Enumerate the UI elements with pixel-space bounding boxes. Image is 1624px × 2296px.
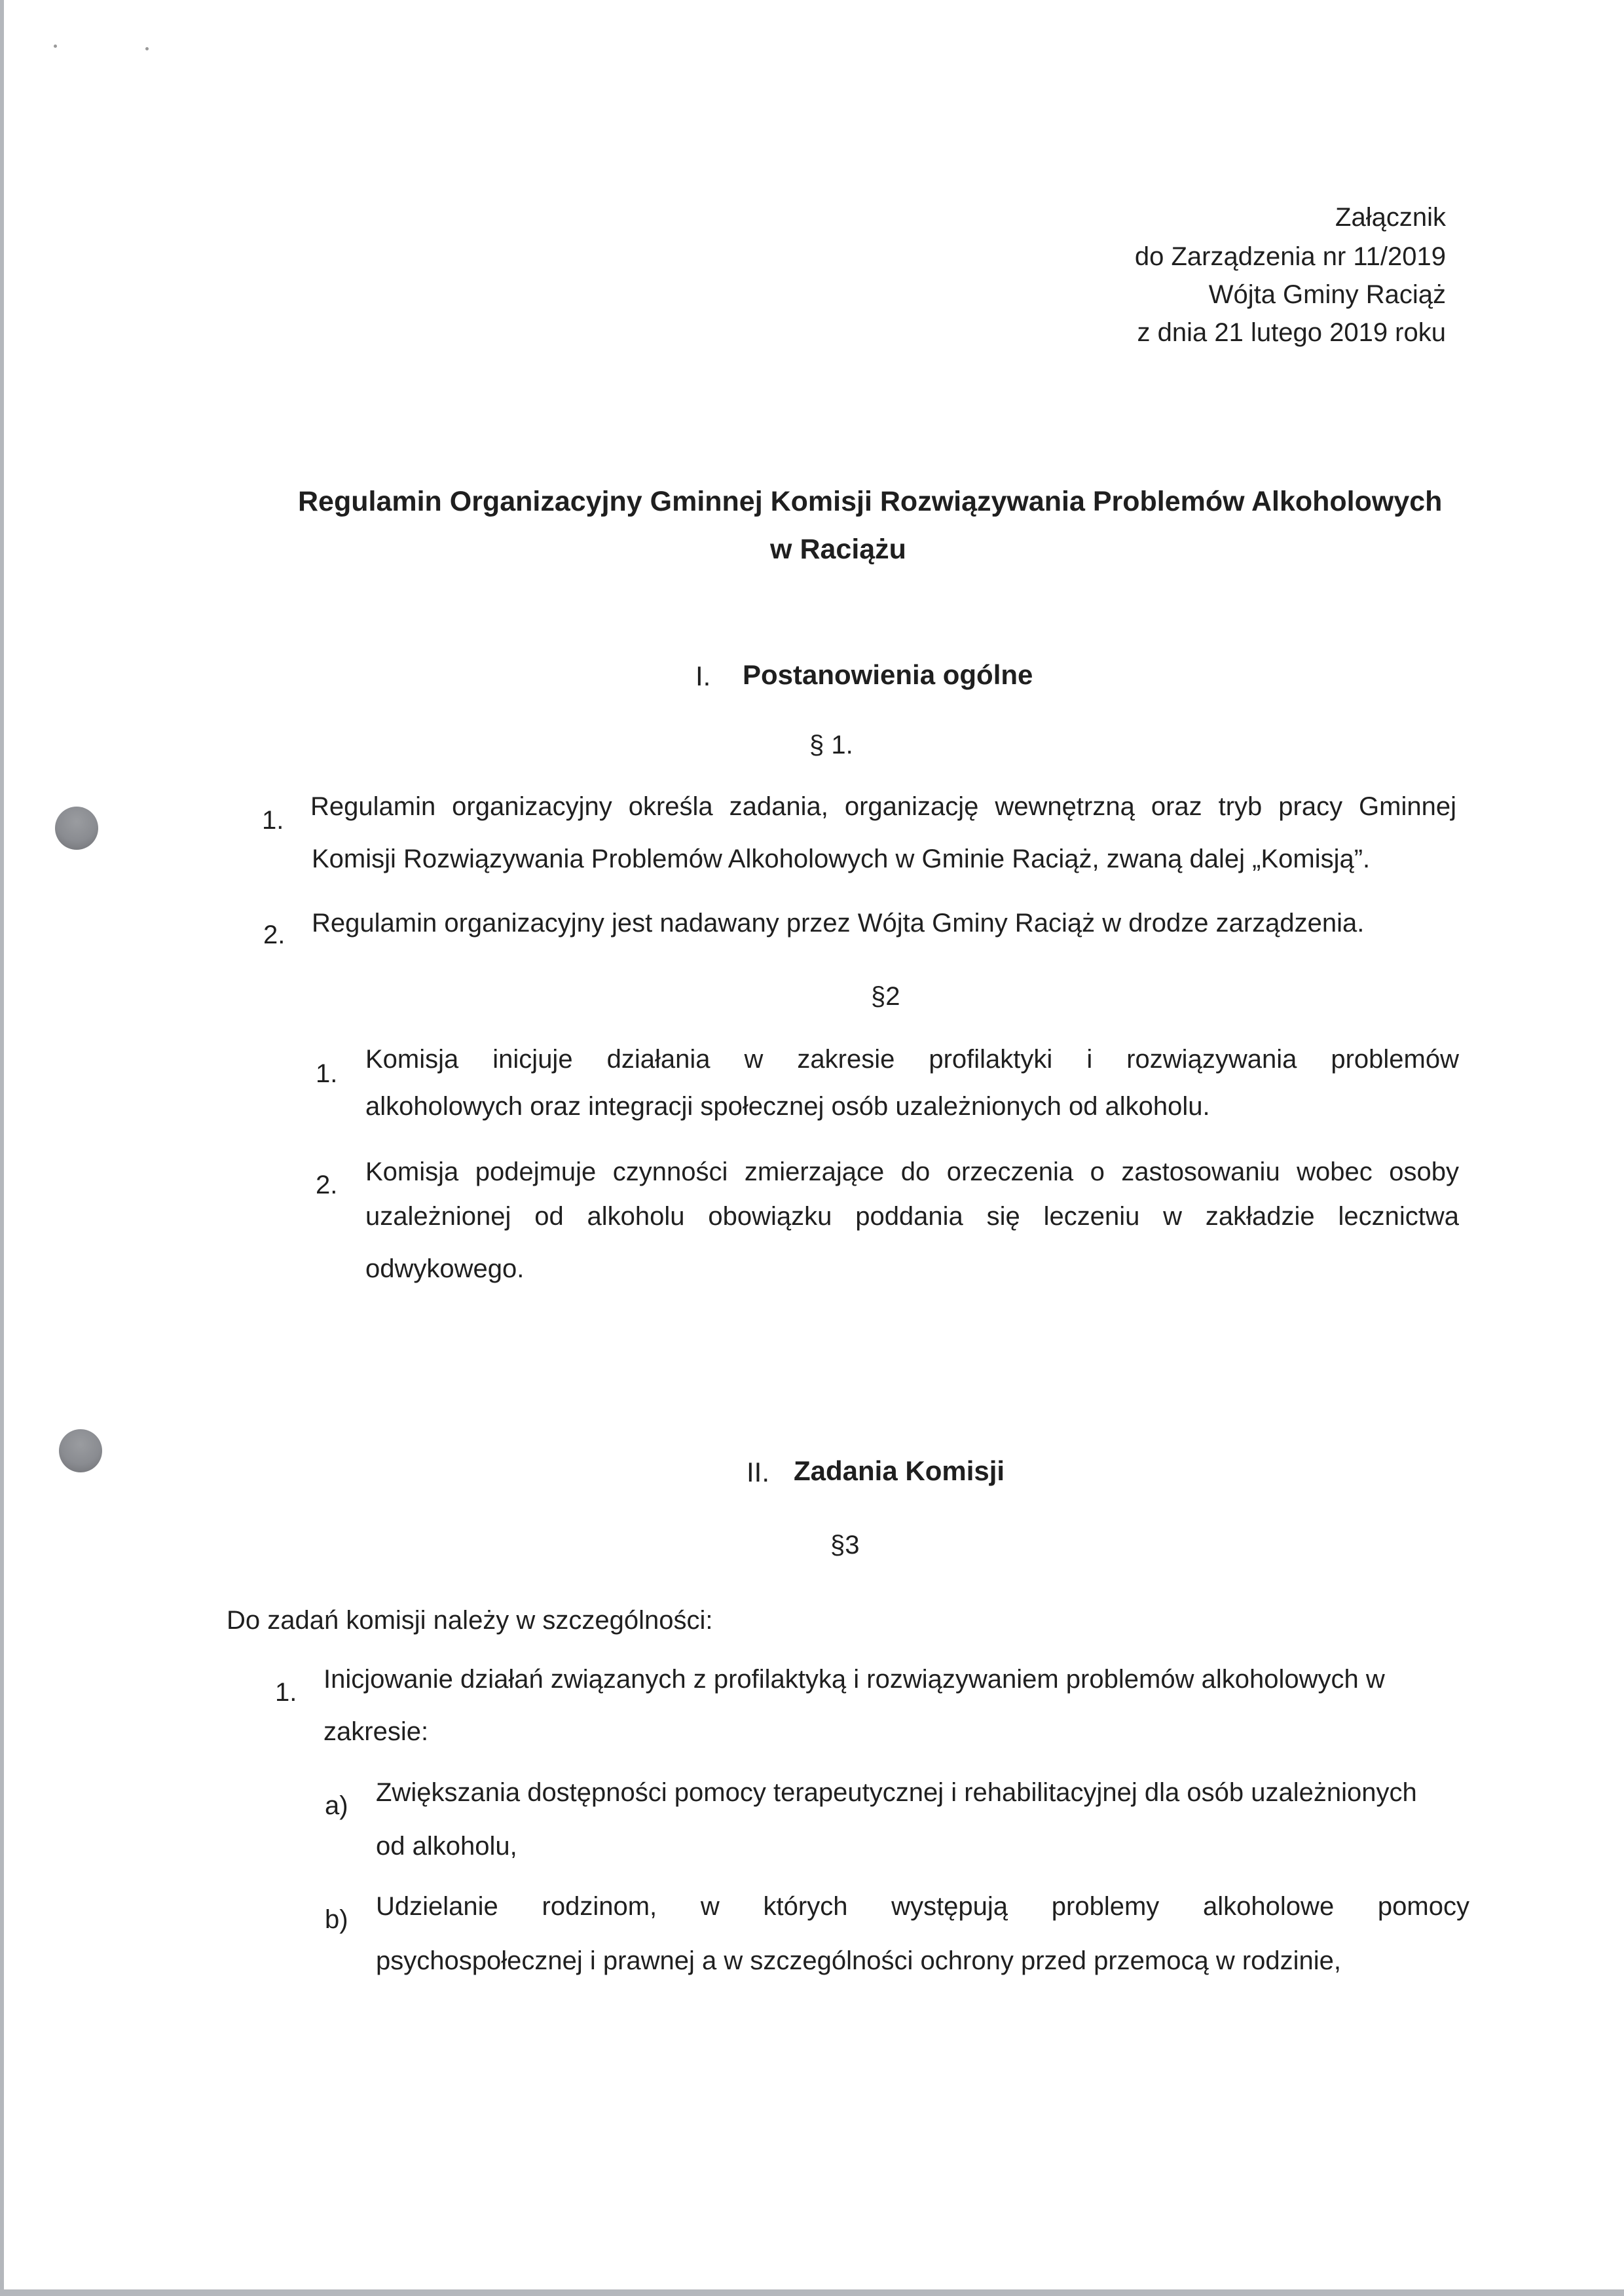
item-text: Udzielanie rodzinom, w których występują… [376,1893,1469,1920]
scan-edge-bottom [0,2289,1624,2296]
item-text: Inicjowanie działań związanych z profila… [323,1666,1385,1692]
section-title: Zadania Komisji [794,1457,1005,1485]
item-letter: b) [325,1906,348,1933]
item-number: 2. [316,1172,337,1198]
section-title: Postanowienia ogólne [743,661,1033,689]
header-note-line: do Zarządzenia nr 11/2019 [1135,244,1446,270]
item-text: Komisja podejmuje czynności zmierzające … [365,1159,1459,1185]
item-text: Komisji Rozwiązywania Problemów Alkoholo… [312,846,1370,872]
punch-hole [55,807,98,850]
item-letter: a) [325,1793,348,1819]
item-text: Regulamin organizacyjny jest nadawany pr… [312,910,1364,936]
punch-hole [59,1429,102,1472]
item-text: uzależnionej od alkoholu obowiązku podda… [365,1203,1459,1230]
item-text: odwykowego. [365,1256,524,1282]
item-number: 1. [316,1061,337,1087]
title-line: w Raciążu [0,536,1624,564]
item-text: Regulamin organizacyjny określa zadania,… [310,793,1456,820]
scan-speck [54,45,57,48]
item-text: Komisja inicjuje działania w zakresie pr… [365,1046,1459,1072]
section-intro: Do zadań komisji należy w szczególności: [227,1607,713,1633]
item-number: 1. [262,807,284,833]
title-line: Regulamin Organizacyjny Gminnej Komisji … [298,488,1442,516]
paragraph-symbol: §3 [830,1532,860,1558]
header-note-line: z dnia 21 lutego 2019 roku [1137,319,1446,346]
scan-speck [145,47,149,50]
item-number: 2. [263,922,285,948]
item-text: alkoholowych oraz integracji społecznej … [365,1093,1210,1120]
scan-edge-left [0,0,4,2296]
paragraph-symbol: § 1. [809,732,853,758]
item-text: Zwiększania dostępności pomocy terapeuty… [376,1779,1417,1806]
item-text: psychospołecznej i prawnej a w szczególn… [376,1948,1341,1974]
section-number: II. [747,1459,769,1486]
paragraph-symbol: §2 [871,983,900,1010]
header-note-line: Wójta Gminy Raciąż [1209,282,1446,308]
header-note-line: Załącznik [1335,204,1446,230]
section-number: I. [695,663,710,690]
item-number: 1. [275,1679,297,1705]
item-text: od alkoholu, [376,1833,517,1859]
item-text: zakresie: [323,1719,428,1745]
